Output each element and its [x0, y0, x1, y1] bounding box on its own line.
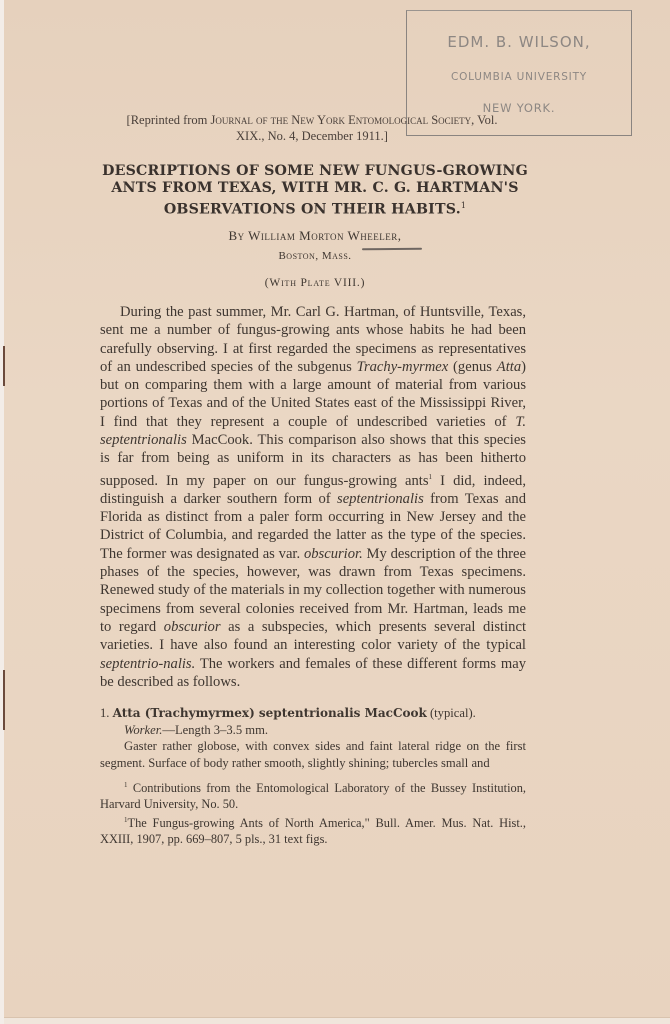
page-bottom-edge — [4, 1017, 670, 1024]
species-heading: 1. Atta (Trachymyrmex) septentrionalis M… — [100, 705, 526, 722]
reprint-note: [Reprinted from Journal of the New York … — [88, 112, 536, 144]
footnotes: 1 Contributions from the Entomological L… — [100, 777, 526, 847]
species-description: Gaster rather globose, with convex sides… — [100, 738, 526, 771]
stamp-institution: COLUMBIA UNIVERSITY — [407, 71, 631, 83]
footnote: 1 Contributions from the Entomological L… — [100, 777, 526, 812]
title-line: OBSERVATIONS ON THEIR HABITS. — [164, 202, 461, 218]
footnote: 1The Fungus-growing Ants of North Americ… — [100, 812, 526, 847]
author-byline: By William Morton Wheeler, — [92, 228, 538, 244]
reprint-prefix: [Reprinted from — [127, 113, 211, 127]
footnote-mark: 1 — [461, 201, 466, 210]
species-name: Atta (Trachymyrmex) septentrionalis MacC… — [113, 706, 427, 720]
title-line: ANTS FROM TEXAS, WITH MR. C. G. HARTMAN'… — [92, 180, 538, 197]
reprint-issue: XIX., No. 4, December 1911.] — [236, 129, 388, 143]
staple-mark — [3, 670, 5, 730]
journal-name: Journal of the New York Entomological So… — [211, 113, 472, 127]
staple-mark — [3, 346, 5, 386]
species-entry: 1. Atta (Trachymyrmex) septentrionalis M… — [100, 705, 526, 771]
species-caste: Worker.—Length 3–3.5 mm. — [100, 722, 526, 739]
article-title: DESCRIPTIONS OF SOME NEW FUNGUS-GROWING … — [92, 163, 538, 219]
plate-reference: (With Plate VIII.) — [92, 277, 538, 289]
reprint-suffix: , Vol. — [471, 113, 497, 127]
author-location: Boston, Mass. — [92, 250, 538, 262]
stamp-name: EDM. B. WILSON, — [407, 33, 631, 51]
body-paragraph: During the past summer, Mr. Carl G. Hart… — [100, 303, 526, 691]
title-line: DESCRIPTIONS OF SOME NEW FUNGUS-GROWING — [92, 163, 538, 180]
